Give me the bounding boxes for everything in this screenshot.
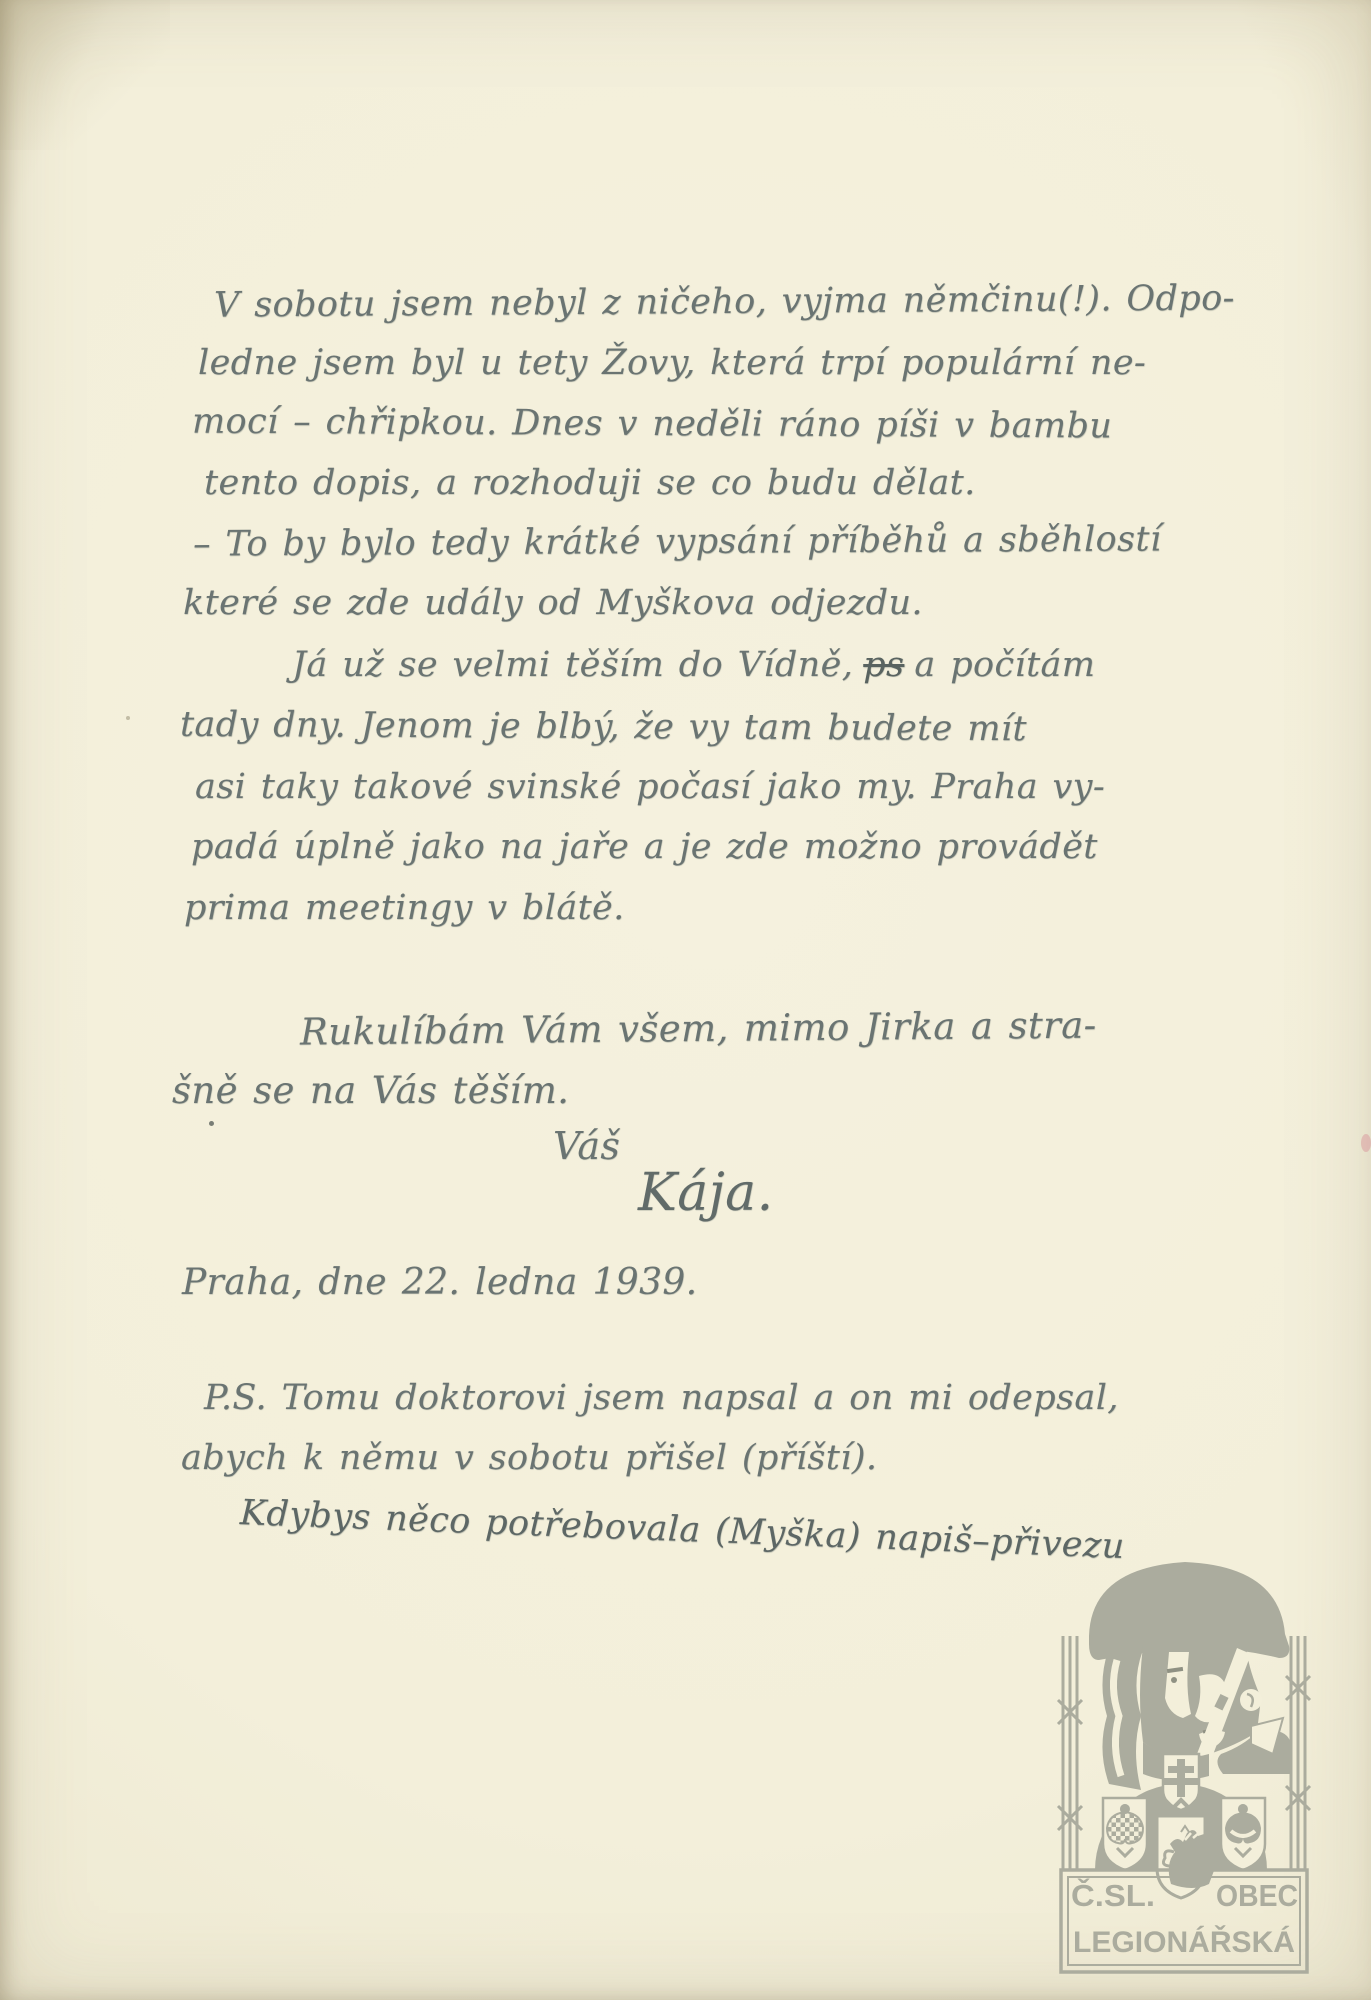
letter-line: tento dopis, a rozhoduji se co budu děla…: [204, 463, 976, 503]
soldier-helmet-icon: [1089, 1562, 1289, 1660]
letter-line: ledne jsem byl u tety Žovy, která trpí p…: [198, 343, 1146, 383]
signature: Kája.: [638, 1163, 774, 1223]
letter-page: V sobotu jsem nebyl z ničeho, vyjma němč…: [0, 0, 1371, 2000]
closing-line: Rukulíbám Vám všem, mimo Jirka a stra-: [300, 1004, 1097, 1054]
line7-before: Já už se velmi těším do Vídně,: [292, 645, 853, 685]
flag-icon: [1102, 1648, 1143, 1790]
letter-line-with-strikethrough: Já už se velmi těším do Vídně,psa počítá…: [292, 645, 1095, 685]
paper-fold-shadow: [0, 0, 170, 150]
letter-line: padá úplně jako na jaře a je zde možno p…: [191, 827, 1098, 867]
legionnaire-stamp-watermark: Č.SL. OBEC LEGIONÁŘSKÁ: [1053, 1548, 1315, 1978]
ink-speck: [126, 716, 130, 720]
valediction: Váš: [553, 1124, 620, 1168]
stamp-text-legionarska: LEGIONÁŘSKÁ: [1073, 1925, 1295, 1959]
art-deco-left-rail: [1058, 1636, 1082, 1870]
postscript-line: P.S. Tomu doktorovi jsem napsal a on mi …: [204, 1378, 1119, 1418]
silesian-eagle-shield-icon: [1221, 1798, 1265, 1870]
letter-line: prima meetingy v blátě.: [184, 888, 625, 928]
paper-stain: [1361, 1134, 1371, 1152]
moravian-eagle-shield-icon: [1103, 1798, 1147, 1870]
closing-line: šně se na Vás těším.: [172, 1069, 569, 1112]
stamp-text-csl: Č.SL.: [1071, 1877, 1155, 1913]
ink-speck: [209, 1121, 214, 1126]
letter-line: – To by bylo tedy krátké vypsání příběhů…: [193, 519, 1162, 564]
postscript-line: abych k němu v sobotu přišel (příští).: [181, 1438, 877, 1478]
postscript-line: Kdybys něco potřebovala (Myška) napiš–př…: [239, 1493, 1125, 1567]
crossed-out-word: ps: [863, 645, 904, 685]
letter-line: které se zde udály od Myškova odjezdu.: [183, 583, 923, 623]
line7-after: a počítám: [914, 645, 1095, 685]
date-line: Praha, dne 22. ledna 1939.: [182, 1262, 698, 1303]
slovak-cross-shield-icon: [1163, 1754, 1199, 1810]
letter-line: asi taky takové svinské počasí jako my. …: [195, 767, 1105, 807]
letter-line: V sobotu jsem nebyl z ničeho, vyjma němč…: [214, 278, 1235, 325]
stamp-text-obec: OBEC: [1216, 1878, 1298, 1913]
letter-line: tady dny. Jenom je blbý, že vy tam budet…: [180, 705, 1027, 749]
letter-line: mocí – chřipkou. Dnes v neděli ráno píši…: [192, 402, 1112, 447]
